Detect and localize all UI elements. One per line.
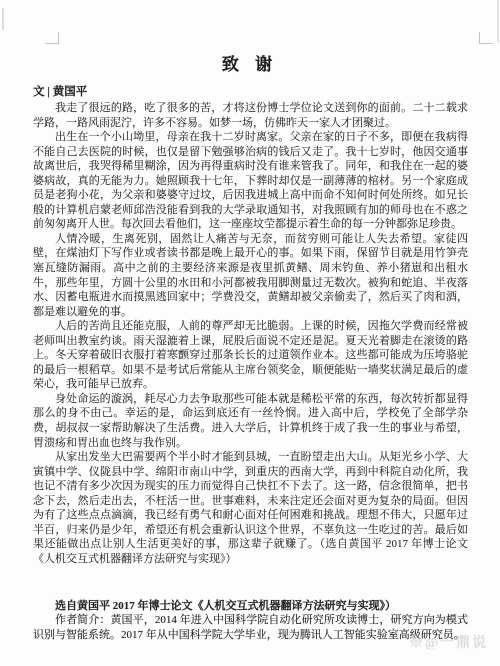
paragraph-1: 我走了很远的路，吃了很多的苦，才将这份博士学位论文送到你的面前。二十二载求学路，… <box>33 101 468 130</box>
paragraph-2: 出生在一个小山坳里，母亲在我十二岁时离家。父亲在家的日子不多，即便在我病得不能自… <box>33 130 468 232</box>
page-margin-mark-left <box>45 32 59 44</box>
document-body: 我走了很远的路，吃了很多的苦，才将这份博士学位论文送到你的面前。二十二载求学路，… <box>33 101 468 567</box>
author-byline: 文 | 黄国平 <box>33 83 500 99</box>
page-margin-mark-right <box>479 32 493 44</box>
paragraph-5: 身处命运的漩涡，耗尽心力去争取那些可能本就是稀松平常的东西，每次转折都显得那么的… <box>33 392 468 450</box>
document-page: 致 谢 文 | 黄国平 我走了很远的路，吃了很多的苦，才将这份博士学位论文送到你… <box>0 0 500 666</box>
source-citation-line: 选自黄国平 2017 年博士论文《人机交互式机器翻译方法研究与实现》） <box>33 599 468 614</box>
document-footer: 选自黄国平 2017 年博士论文《人机交互式机器翻译方法研究与实现》） 作者简介… <box>33 599 468 643</box>
author-bio-line: 作者简介：黄国平，2014 年进入中国科学院自动化研究所攻读博士，研究方向为模式… <box>33 613 468 642</box>
watermark-text: ※@一鼎说 <box>409 632 488 652</box>
paragraph-4: 人后的苦尚且还能克服，人前的尊严却无比脆弱。上课的时候，因拖欠学费而经常被老师叫… <box>33 319 468 392</box>
scan-edge-artifact-right <box>497 0 499 42</box>
scan-edge-artifact-left <box>2 8 4 30</box>
paragraph-6: 从家出发坐大巴需要两个半小时才能到县城，一直盼望走出大山。从矩光乡小学、大寅镇中… <box>33 450 468 566</box>
page-title: 致 谢 <box>0 50 500 75</box>
paragraph-3: 人情冷暖，生离死别，固然让人痛苦与无奈，而贫穷则可能让人失去希望。家徒四壁，在煤… <box>33 232 468 319</box>
